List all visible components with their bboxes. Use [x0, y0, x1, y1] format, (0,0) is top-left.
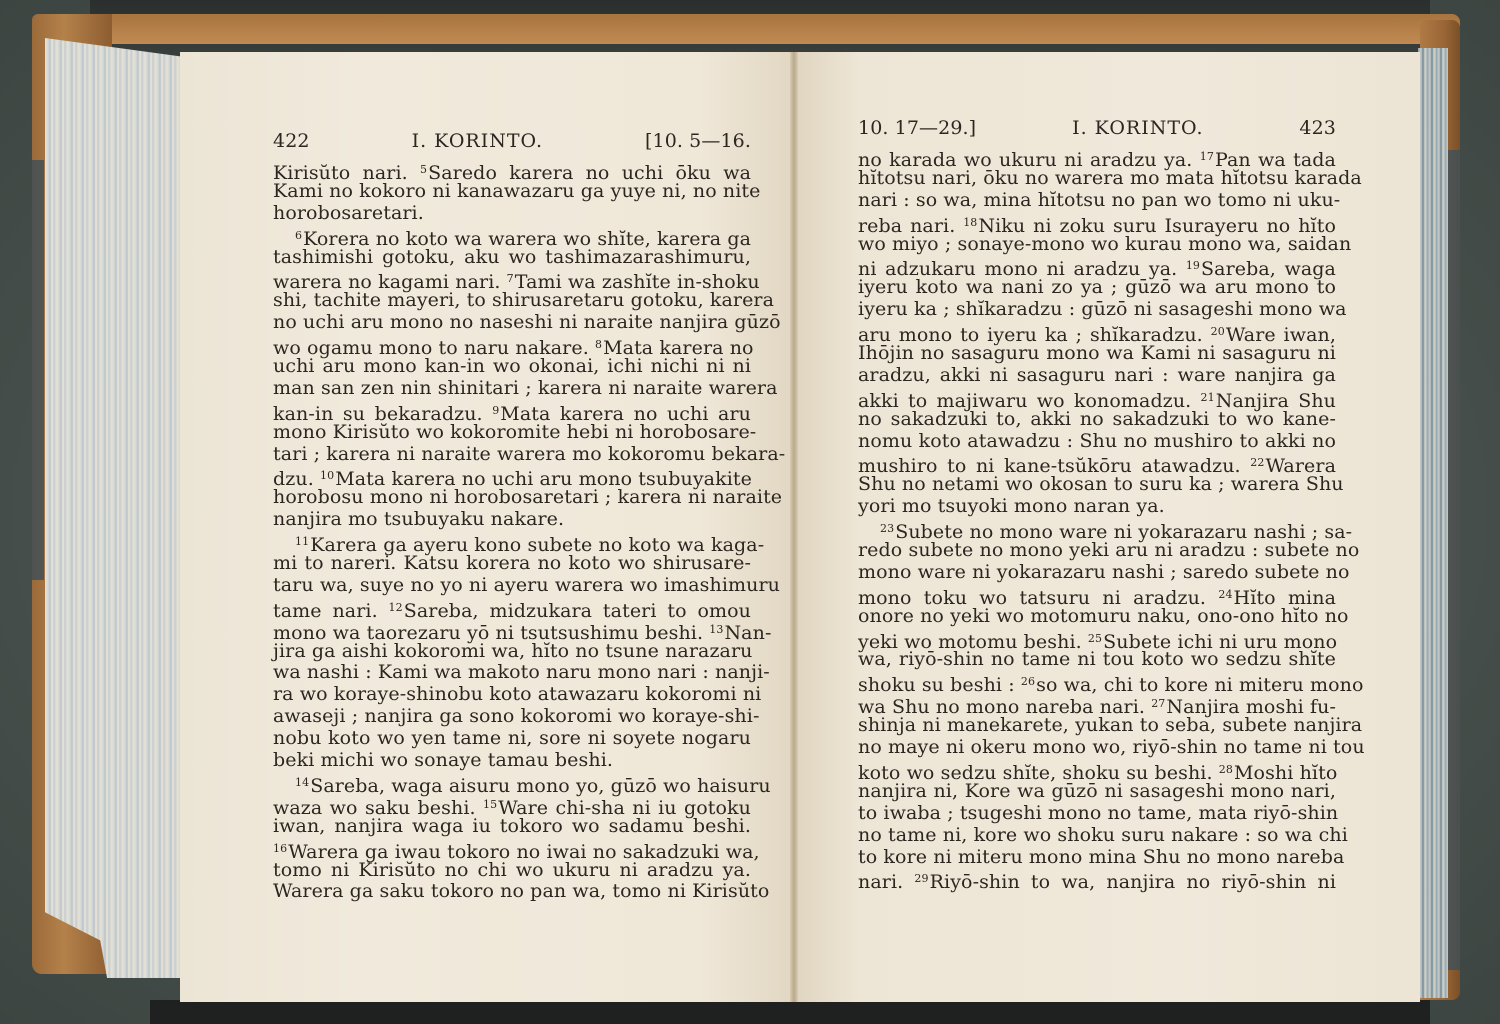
text-line: mono ware ni yokarazaru nashi ; saredo s… — [858, 562, 1336, 584]
text-line: ni adzukaru mono ni aradzu ya. 19Sareba,… — [858, 255, 1336, 277]
verse-number: 5 — [420, 163, 427, 176]
text-line: no maye ni okeru mono wo, riyō-shin no t… — [858, 737, 1336, 759]
text-line: no karada wo ukuru ni aradzu ya. 17Pan w… — [858, 146, 1336, 168]
verse-number: 22 — [1250, 456, 1264, 469]
cover-cloth-left — [32, 160, 44, 580]
text-line: no uchi aru mono no naseshi ni naraite n… — [273, 312, 751, 334]
right-running-head: 10. 17—29.] I. KORINTO. 423 — [858, 118, 1336, 146]
verse-number: 25 — [1088, 632, 1102, 645]
text-line: nobu koto wo yen tame ni, sore ni soyete… — [273, 728, 751, 750]
text-line: jira ga aishi kokoromi wa, hĭto no tsune… — [273, 641, 751, 663]
verse-number: 26 — [1021, 675, 1035, 688]
text-run: tari ; karera ni naraite warera mo kokor… — [273, 443, 785, 465]
verse-number: 21 — [1201, 391, 1215, 404]
verse-number: 24 — [1218, 588, 1232, 601]
text-line: Ihōjin no sasaguru mono wa Kami ni sasag… — [858, 343, 1336, 365]
text-line: 6Korera no koto wa warera wo shĭte, kare… — [273, 225, 751, 247]
text-line: horobosu mono ni horobosaretari ; karera… — [273, 487, 751, 509]
text-run: jira ga aishi kokoromi wa, hĭto no tsune… — [273, 640, 753, 662]
left-page-text: 422 I. KORINTO. [10. 5—16. Kirisŭto nari… — [273, 131, 751, 903]
text-run: uchi aru mono kan-in wo okonai, ichi nic… — [273, 355, 751, 377]
text-line: Kirisŭto nari. 5Saredo karera no uchi ōk… — [273, 159, 751, 181]
text-run: no uchi aru mono no naseshi ni naraite n… — [273, 311, 781, 333]
text-line: 16Warera ga iwau tokoro no iwai no sakad… — [273, 838, 751, 860]
text-run: wa nashi : Kami wa makoto naru mono nari… — [273, 661, 770, 683]
text-line: beki michi wo sonaye tamau beshi. — [273, 750, 751, 772]
verse-number: 10 — [320, 469, 334, 482]
running-title: I. KORINTO. — [1072, 118, 1203, 140]
verse-number: 7 — [507, 272, 514, 285]
text-run: no tame ni, kore wo shoku suru nakare : … — [858, 824, 1348, 846]
text-line: tomo ni Kirisŭto no chi wo ukuru ni arad… — [273, 860, 751, 882]
page-number: 422 — [273, 131, 310, 153]
text-run: Kami no kokoro ni kanawazaru ga yuye ni,… — [273, 180, 761, 202]
text-line: mi to nareri. Katsu korera no koto wo sh… — [273, 553, 751, 575]
text-line: onore no yeki wo motomuru naku, ono-ono … — [858, 606, 1336, 628]
text-run: mono ware ni yokarazaru nashi ; saredo s… — [858, 561, 1350, 583]
text-run: shinja ni manekarete, yukan to seba, sub… — [858, 714, 1362, 736]
text-line: nanjira mo tsubuyaku nakare. — [273, 509, 751, 531]
text-line: mono toku wo tatsuru ni aradzu. 24Hĭto m… — [858, 584, 1336, 606]
text-line: tari ; karera ni naraite warera mo kokor… — [273, 444, 751, 466]
text-line: iwan, nanjira waga iu tokoro wo sadamu b… — [273, 816, 751, 838]
right-page-text: 10. 17—29.] I. KORINTO. 423 no karada wo… — [858, 118, 1336, 890]
text-line: reba nari. 18Niku ni zoku suru Isurayeru… — [858, 212, 1336, 234]
text-line: koto wo sedzu shĭte, shoku su beshi. 28M… — [858, 759, 1336, 781]
text-line: ra wo koraye-shinobu koto atawazaru koko… — [273, 684, 751, 706]
verse-number: 13 — [709, 623, 723, 636]
text-run: taru wa, suye no yo ni ayeru warera wo i… — [273, 574, 780, 596]
text-line: dzu. 10Mata karera no uchi aru mono tsub… — [273, 465, 751, 487]
text-line: mono Kirisŭto wo kokoromite hebi ni horo… — [273, 422, 751, 444]
text-run: Ihōjin no sasaguru mono wa Kami ni sasag… — [858, 342, 1336, 364]
text-run: mi to nareri. Katsu korera no koto wo sh… — [273, 552, 751, 574]
running-title: I. KORINTO. — [412, 131, 543, 153]
verse-number: 28 — [1219, 763, 1233, 776]
text-line: akki to majiwaru wo konomadzu. 21Nanjira… — [858, 387, 1336, 409]
verse-number: 16 — [273, 842, 287, 855]
text-run: horobosaretari. — [273, 202, 424, 224]
left-body-text: Kirisŭto nari. 5Saredo karera no uchi ōk… — [273, 159, 751, 903]
book-gutter — [790, 52, 798, 1002]
text-run: onore no yeki wo motomuru naku, ono-ono … — [858, 605, 1349, 627]
verse-number: 15 — [483, 798, 497, 811]
text-line: wa, riyō-shin no tame ni tou koto wo sed… — [858, 649, 1336, 671]
text-line: no sakadzuki to, akki no sakadzuki to wo… — [858, 409, 1336, 431]
verse-number: 20 — [1211, 325, 1225, 338]
verse-number: 27 — [1151, 697, 1165, 710]
page-number: 423 — [1299, 118, 1336, 140]
text-line: mono wa taorezaru yō ni tsutsushimu besh… — [273, 619, 751, 641]
verse-number: 14 — [295, 776, 309, 789]
text-line: warera no kagami nari. 7Tami wa zashĭte … — [273, 268, 751, 290]
text-line: wa nashi : Kami wa makoto naru mono nari… — [273, 662, 751, 684]
text-line: 14Sareba, waga aisuru mono yo, gūzō wo h… — [273, 772, 751, 794]
text-line: horobosaretari. — [273, 203, 751, 225]
verse-number: 19 — [1186, 259, 1200, 272]
page-edges-left-stack — [45, 38, 183, 978]
text-run: tashimishi gotoku, aku wo tashimazarashi… — [273, 246, 751, 268]
text-run: nari : so wa, mina hĭtotsu no pan wo tom… — [858, 189, 1340, 211]
text-run: iwan, nanjira waga iu tokoro wo sadamu b… — [273, 815, 751, 837]
verse-range: [10. 5—16. — [645, 131, 751, 153]
text-run: no sakadzuki to, akki no sakadzuki to wo… — [858, 408, 1336, 430]
text-run: ra wo koraye-shinobu koto atawazaru koko… — [273, 683, 761, 705]
text-line: iyeru ka ; shĭkaradzu : gūzō ni sasagesh… — [858, 299, 1336, 321]
text-line: shinja ni manekarete, yukan to seba, sub… — [858, 715, 1336, 737]
text-line: 23Subete no mono ware ni yokarazaru nash… — [858, 518, 1336, 540]
text-run: nanjira ni, Kore wa gūzō ni sasageshi mo… — [858, 780, 1336, 802]
text-run: wa, riyō-shin no tame ni tou koto wo sed… — [858, 648, 1336, 670]
text-run: shi, tachite mayeri, to shirusaretaru go… — [273, 289, 774, 311]
text-run: Riyō-shin to wa, nanjira no riyō-shin ni — [930, 871, 1336, 893]
text-run: redo subete no mono yeki aru ni aradzu :… — [858, 539, 1359, 561]
text-line: aradzu, akki ni sasaguru nari : ware nan… — [858, 365, 1336, 387]
text-run: to kore ni miteru mono mina Shu no mono … — [858, 846, 1344, 868]
text-line: redo subete no mono yeki aru ni aradzu :… — [858, 540, 1336, 562]
text-line: tashimishi gotoku, aku wo tashimazarashi… — [273, 247, 751, 269]
text-line: iyeru koto wa nani zo ya ; gūzō wa aru m… — [858, 277, 1336, 299]
background-shadow-bottom — [150, 1000, 1430, 1024]
text-line: tame nari. 12Sareba, midzukara tateri to… — [273, 597, 751, 619]
verse-number: 9 — [492, 404, 499, 417]
text-run: nari. — [858, 871, 914, 893]
text-line: Kami no kokoro ni kanawazaru ga yuye ni,… — [273, 181, 751, 203]
text-run: beki michi wo sonaye tamau beshi. — [273, 749, 613, 771]
text-run: iyeru ka ; shĭkaradzu : gūzō ni sasagesh… — [858, 298, 1347, 320]
right-body-text: no karada wo ukuru ni aradzu ya. 17Pan w… — [858, 146, 1336, 890]
text-line: man san zen nin shinitari ; karera ni na… — [273, 378, 751, 400]
text-run: yori mo tsuyoki mono naran ya. — [858, 495, 1165, 517]
text-line: Warera ga saku tokoro no pan wa, tomo ni… — [273, 881, 751, 903]
text-line: hĭtotsu nari, ōku no warera mo mata hĭto… — [858, 168, 1336, 190]
verse-number: 8 — [595, 338, 602, 351]
verse-number: 17 — [1200, 150, 1214, 163]
text-line: nari. 29Riyō-shin to wa, nanjira no riyō… — [858, 868, 1336, 890]
text-line: taru wa, suye no yo ni ayeru warera wo i… — [273, 575, 751, 597]
text-run: wo miyo ; sonaye-mono wo kurau mono wa, … — [858, 233, 1351, 255]
verse-number: 6 — [295, 229, 302, 242]
text-run: Shu no netami wo okosan to suru ka ; war… — [858, 473, 1344, 495]
text-line: nanjira ni, Kore wa gūzō ni sasageshi mo… — [858, 781, 1336, 803]
left-running-head: 422 I. KORINTO. [10. 5—16. — [273, 131, 751, 159]
verse-range: 10. 17—29.] — [858, 118, 976, 140]
text-run: man san zen nin shinitari ; karera ni na… — [273, 377, 778, 399]
text-line: mushiro to ni kane-tsŭkōru atawadzu. 22W… — [858, 452, 1336, 474]
text-line: shoku su beshi : 26so wa, chi to kore ni… — [858, 671, 1336, 693]
page-edges-right-stack — [1418, 48, 1448, 998]
text-run: mono Kirisŭto wo kokoromite hebi ni horo… — [273, 421, 756, 443]
text-line: Shu no netami wo okosan to suru ka ; war… — [858, 474, 1336, 496]
text-line: aru mono to iyeru ka ; shĭkaradzu. 20War… — [858, 321, 1336, 343]
text-line: kan-in su bekaradzu. 9Mata karera no uch… — [273, 400, 751, 422]
text-run: hĭtotsu nari, ōku no warera mo mata hĭto… — [858, 167, 1362, 189]
text-run: nobu koto wo yen tame ni, sore ni soyete… — [273, 727, 751, 749]
text-line: shi, tachite mayeri, to shirusaretaru go… — [273, 290, 751, 312]
verse-number: 11 — [295, 535, 309, 548]
text-run: Warera ga saku tokoro no pan wa, tomo ni… — [273, 880, 769, 902]
text-line: uchi aru mono kan-in wo okonai, ichi nic… — [273, 356, 751, 378]
text-line: wo ogamu mono to naru nakare. 8Mata kare… — [273, 334, 751, 356]
text-line: yeki wo motomu beshi. 25Subete ichi ni u… — [858, 628, 1336, 650]
text-run: nanjira mo tsubuyaku nakare. — [273, 508, 564, 530]
text-run: tomo ni Kirisŭto no chi wo ukuru ni arad… — [273, 859, 751, 881]
text-run: awaseji ; nanjira ga sono kokoromi wo ko… — [273, 705, 759, 727]
text-line: awaseji ; nanjira ga sono kokoromi wo ko… — [273, 706, 751, 728]
text-line: no tame ni, kore wo shoku suru nakare : … — [858, 825, 1336, 847]
text-line: 11Karera ga ayeru kono subete no koto wa… — [273, 531, 751, 553]
text-run: aradzu, akki ni sasaguru nari : ware nan… — [858, 364, 1336, 386]
text-run: no maye ni okeru mono wo, riyō-shin no t… — [858, 736, 1365, 758]
text-run: nomu koto atawadzu : Shu no mushiro to a… — [858, 430, 1336, 452]
book-cover-top-edge — [40, 14, 1460, 44]
text-line: nari : so wa, mina hĭtotsu no pan wo tom… — [858, 190, 1336, 212]
text-line: nomu koto atawadzu : Shu no mushiro to a… — [858, 431, 1336, 453]
verse-number: 23 — [880, 522, 894, 535]
text-line: wo miyo ; sonaye-mono wo kurau mono wa, … — [858, 234, 1336, 256]
text-line: yori mo tsuyoki mono naran ya. — [858, 496, 1336, 518]
text-run: horobosu mono ni horobosaretari ; karera… — [273, 486, 782, 508]
text-line: waza wo saku beshi. 15Ware chi-sha ni iu… — [273, 794, 751, 816]
verse-number: 12 — [389, 601, 403, 614]
text-line: to kore ni miteru mono mina Shu no mono … — [858, 847, 1336, 869]
text-run: to iwaba ; tsugeshi mono no tame, mata r… — [858, 802, 1338, 824]
text-run: iyeru koto wa nani zo ya ; gūzō wa aru m… — [858, 276, 1336, 298]
verse-number: 18 — [963, 216, 977, 229]
verse-number: 29 — [914, 872, 928, 885]
text-line: wa Shu no mono nareba nari. 27Nanjira mo… — [858, 693, 1336, 715]
cover-cloth-right — [1448, 150, 1460, 970]
text-line: to iwaba ; tsugeshi mono no tame, mata r… — [858, 803, 1336, 825]
